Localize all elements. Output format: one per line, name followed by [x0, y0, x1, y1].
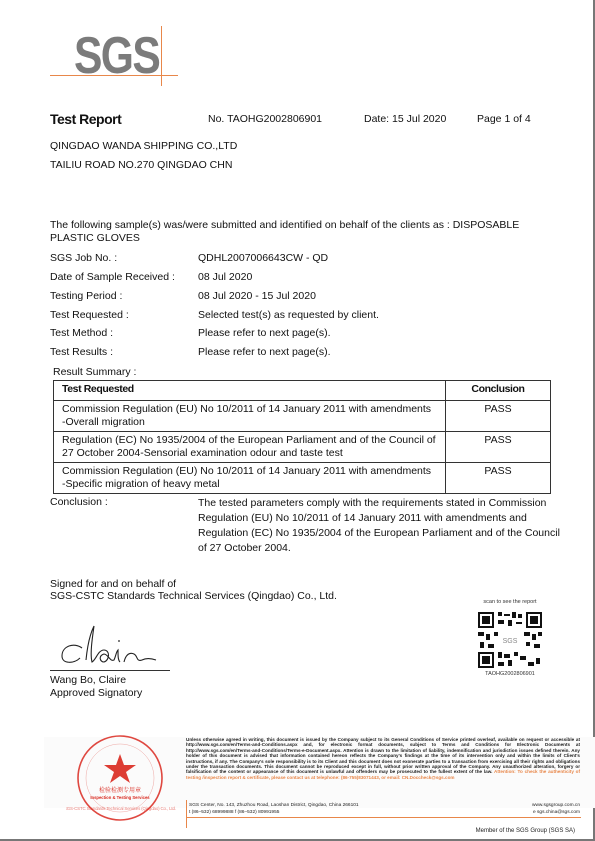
field-label-test-requested: Test Requested : [50, 309, 129, 321]
conclusion-text: The tested parameters comply with the re… [198, 496, 560, 556]
company-stamp: 检验检测专用章 Inspection & Testing Services SG… [66, 732, 176, 832]
footer-accent-vertical [186, 800, 187, 828]
field-value-test-requested: Selected test(s) as requested by client. [198, 309, 379, 321]
svg-text:Inspection & Testing Services: Inspection & Testing Services [90, 795, 150, 800]
test-cell: Regulation (EC) No 1935/2004 of the Euro… [54, 432, 446, 463]
client-name: QINGDAO WANDA SHIPPING CO.,LTD [50, 140, 237, 152]
column-header-conclusion: Conclusion [446, 381, 551, 401]
field-label-job-no: SGS Job No. : [50, 252, 117, 264]
signing-company: SGS-CSTC Standards Technical Services (Q… [50, 590, 337, 603]
report-date: Date: 15 Jul 2020 [364, 113, 446, 125]
qr-caption-top: scan to see the report [470, 599, 550, 605]
field-value-testing-period: 08 Jul 2020 - 15 Jul 2020 [198, 290, 316, 302]
field-value-test-results: Please refer to next page(s). [198, 346, 331, 358]
svg-text:检验检测专用章: 检验检测专用章 [99, 786, 141, 794]
qr-caption-bottom: TAOHG2002806901 [470, 671, 550, 677]
field-value-job-no: QDHL2007006643CW - QD [198, 252, 328, 264]
qr-code[interactable]: SGS [476, 610, 544, 670]
signature-image [52, 620, 162, 670]
signatory-title: Approved Signatory [50, 687, 142, 700]
intro-text: The following sample(s) was/were submitt… [50, 219, 550, 245]
signature-line [50, 670, 170, 671]
legal-disclaimer: Unless otherwise agreed in writing, this… [186, 737, 580, 780]
logo-vertical-rule [161, 26, 162, 86]
field-label-date-received: Date of Sample Received : [50, 271, 175, 283]
sgs-logo: SGS [50, 26, 180, 86]
report-number: No. TAOHG2002806901 [208, 113, 322, 125]
table-row: Commission Regulation (EU) No 10/2011 of… [54, 463, 551, 494]
member-notice: Member of the SGS Group (SGS SA) [476, 828, 575, 834]
report-title: Test Report [50, 111, 121, 127]
conclusion-cell: PASS [446, 432, 551, 463]
table-row: Regulation (EC) No 1935/2004 of the Euro… [54, 432, 551, 463]
field-value-date-received: 08 Jul 2020 [198, 271, 252, 283]
result-summary-table: Test Requested Conclusion Commission Reg… [53, 380, 551, 494]
footer-email-link[interactable]: e sgs.china@sgs.com [512, 809, 580, 816]
footer-contact: www.sgsgroup.com.cn e sgs.china@sgs.com [512, 802, 580, 816]
footer-address: SGS Center, No. 143, Zhuzhou Road, Laosh… [189, 802, 359, 816]
footer-website-link[interactable]: www.sgsgroup.com.cn [512, 802, 580, 809]
column-header-test: Test Requested [54, 381, 446, 401]
page-indicator: Page 1 of 4 [477, 113, 531, 125]
signatory-name: Wang Bo, Claire [50, 674, 126, 687]
field-label-test-results: Test Results : [50, 346, 113, 358]
svg-text:SGS-CSTC Standards Technical S: SGS-CSTC Standards Technical Services (Q… [66, 806, 176, 811]
conclusion-cell: PASS [446, 401, 551, 432]
client-address: TAILIU ROAD NO.270 QINGDAO CHN [50, 159, 232, 171]
field-value-test-method: Please refer to next page(s). [198, 327, 331, 339]
logo-horizontal-rule [50, 75, 178, 76]
result-summary-label: Result Summary : [53, 366, 136, 379]
conclusion-label: Conclusion : [50, 496, 108, 509]
field-label-testing-period: Testing Period : [50, 290, 122, 302]
field-label-test-method: Test Method : [50, 327, 113, 339]
test-cell: Commission Regulation (EU) No 10/2011 of… [54, 401, 446, 432]
svg-text:SGS: SGS [503, 638, 518, 645]
conclusion-cell: PASS [446, 463, 551, 494]
table-row: Commission Regulation (EU) No 10/2011 of… [54, 401, 551, 432]
test-cell: Commission Regulation (EU) No 10/2011 of… [54, 463, 446, 494]
footer-accent-horizontal [186, 817, 581, 818]
table-header-row: Test Requested Conclusion [54, 381, 551, 401]
